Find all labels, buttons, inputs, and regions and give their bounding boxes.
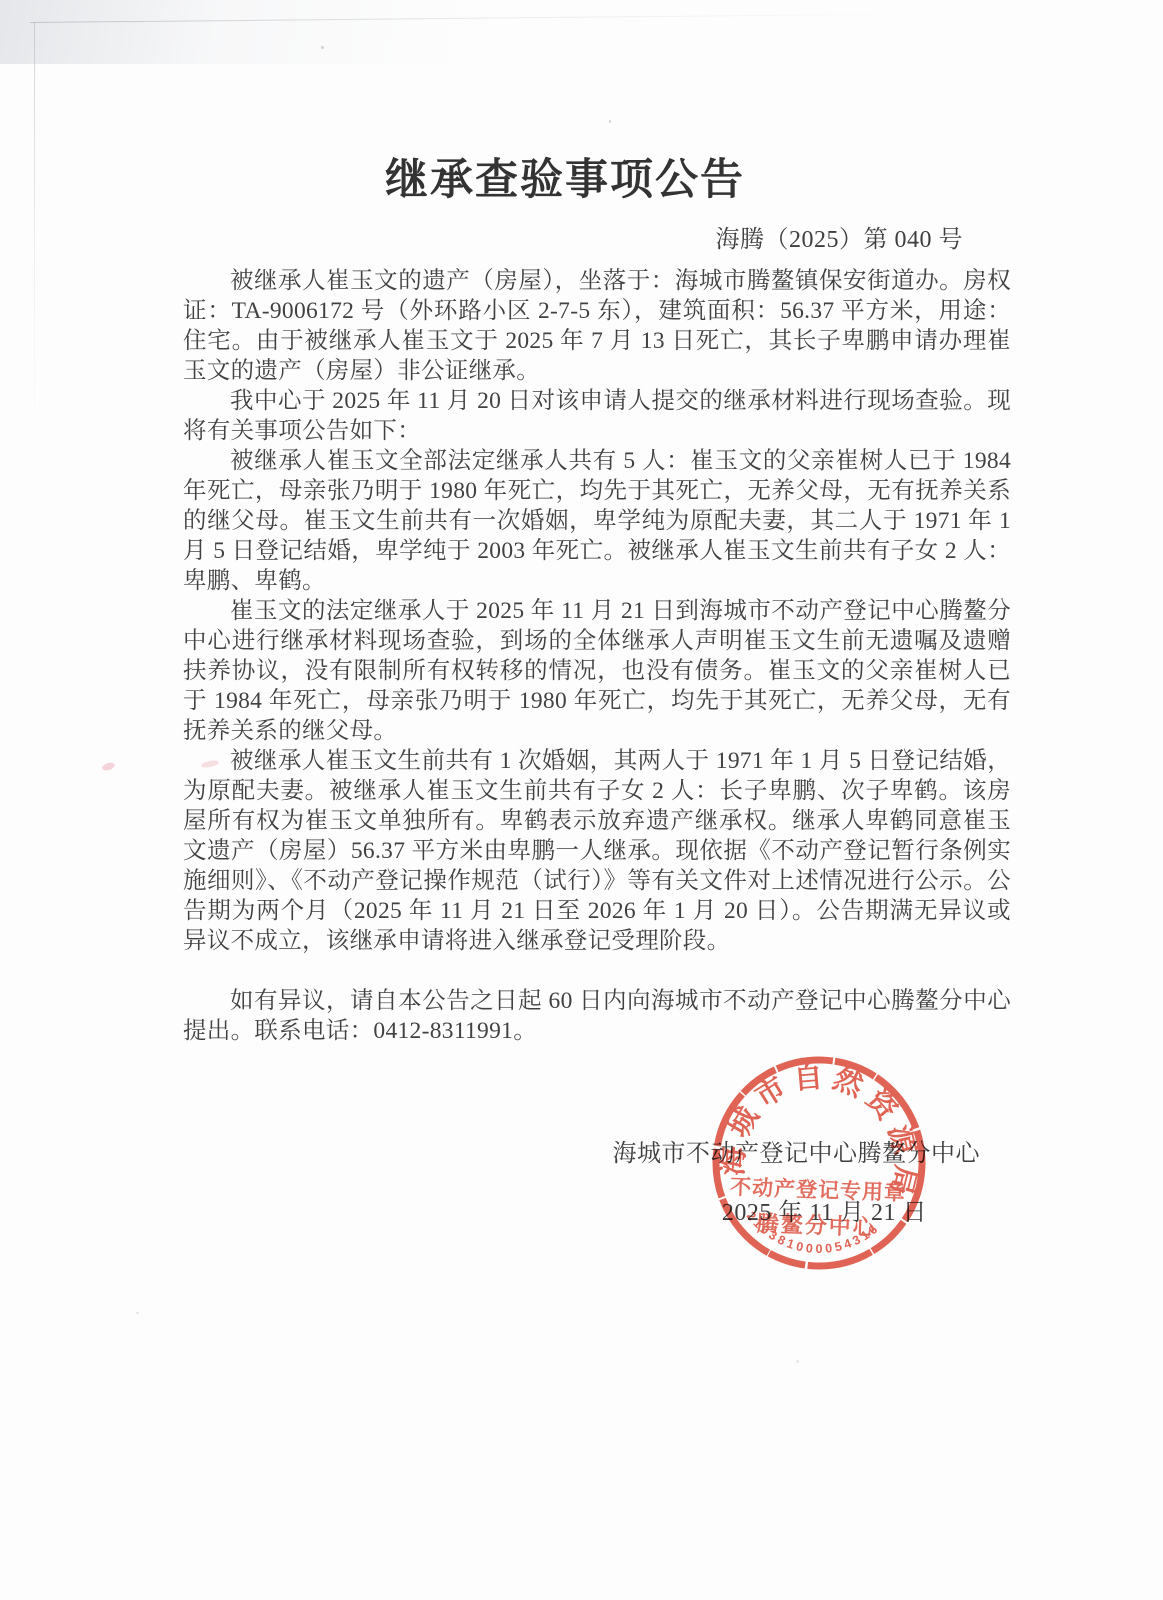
paragraph-inspection-intro: 我中心于 2025 年 11 月 20 日对该申请人提交的继承材料进行现场查验。… bbox=[183, 386, 1011, 446]
paragraph-inheritance-decision: 被继承人崔玉文生前共有 1 次婚姻，其两人于 1971 年 1 月 5 日登记结… bbox=[183, 746, 1011, 956]
document-body: 被继承人崔玉文的遗产（房屋），坐落于：海城市腾鳌镇保安街道办。房权证：TA-90… bbox=[183, 266, 1011, 1046]
paragraph-legal-heirs: 被继承人崔玉文全部法定继承人共有 5 人：崔玉文的父亲崔树人已于 1984 年死… bbox=[183, 446, 1011, 596]
scan-speck bbox=[321, 46, 324, 49]
seal-center-text: 不动产登记专用章 bbox=[730, 1175, 907, 1205]
pink-smudge bbox=[101, 761, 116, 772]
paragraph-onsite-verification: 崔玉文的法定继承人于 2025 年 11 月 21 日到海城市不动产登记中心腾鳌… bbox=[183, 596, 1011, 746]
document-title: 继承查验事项公告 bbox=[0, 146, 1130, 207]
paper-edge-left bbox=[34, 22, 35, 452]
paragraph-estate-description: 被继承人崔玉文的遗产（房屋），坐落于：海城市腾鳌镇保安街道办。房权证：TA-90… bbox=[183, 266, 1011, 386]
scan-speck bbox=[609, 120, 611, 123]
scan-speck bbox=[136, 1312, 139, 1314]
scan-speck bbox=[796, 1360, 799, 1363]
paper-edge-top bbox=[30, 13, 930, 23]
official-red-seal-stamp: 海城市自然资源局 不动产登记专用章 腾鳌分中心 210381000054316 bbox=[674, 1018, 964, 1308]
scanned-document-page: 继承查验事项公告 海腾（2025）第 040 号 被继承人崔玉文的遗产（房屋），… bbox=[0, 0, 1163, 1600]
scan-corner-shadow bbox=[0, 0, 620, 64]
document-number: 海腾（2025）第 040 号 bbox=[716, 219, 964, 254]
